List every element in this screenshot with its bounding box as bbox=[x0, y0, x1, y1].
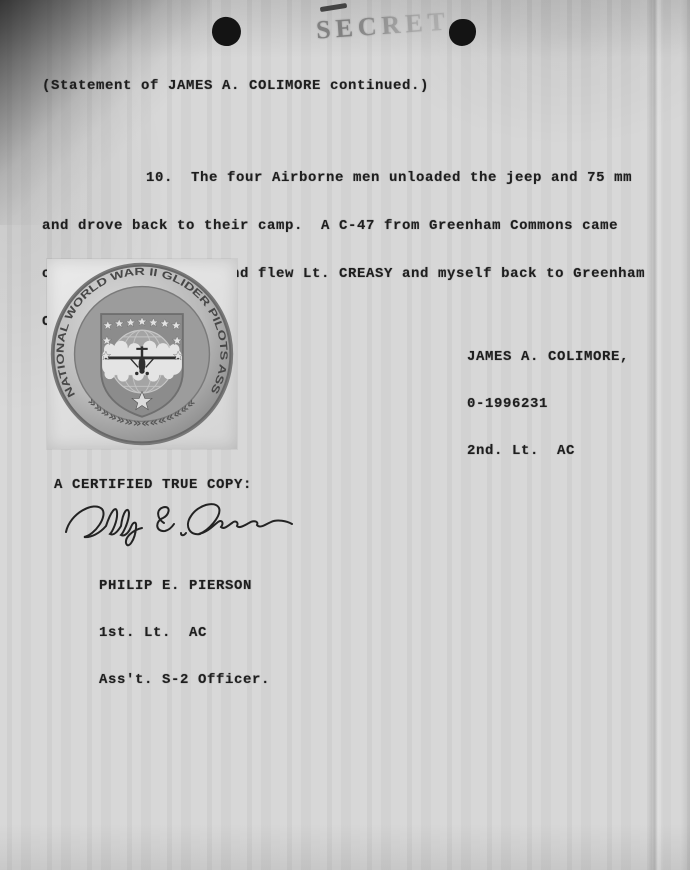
paper-crease bbox=[648, 0, 664, 870]
signer-rank: 2nd. Lt. AC bbox=[467, 444, 629, 460]
statement-header: (Statement of JAMES A. COLIMORE continue… bbox=[42, 78, 429, 94]
paragraph-line: and drove back to their camp. A C-47 fro… bbox=[42, 218, 657, 234]
ink-mark bbox=[320, 3, 347, 12]
certifier-title: Ass't. S-2 Officer. bbox=[99, 673, 270, 689]
classification-stamp: SECRET bbox=[315, 6, 451, 45]
glider-association-seal-icon: NATIONAL WORLD WAR II GLIDER PILOTS ASSO… bbox=[47, 259, 237, 449]
certified-copy-label: A CERTIFIED TRUE COPY: bbox=[54, 477, 252, 493]
signer-name-block: JAMES A. COLIMORE, 0-1996231 2nd. Lt. AC bbox=[467, 319, 629, 491]
paragraph-line: 10. The four Airborne men unloaded the j… bbox=[42, 170, 657, 186]
hole-punch-right bbox=[449, 19, 476, 46]
glider-pilots-seal-photo: NATIONAL WORLD WAR II GLIDER PILOTS ASSO… bbox=[47, 259, 237, 449]
certifier-block: PHILIP E. PIERSON 1st. Lt. AC Ass't. S-2… bbox=[99, 548, 270, 720]
scanned-document-page: SECRET (Statement of JAMES A. COLIMORE c… bbox=[0, 0, 690, 870]
hole-punch-left bbox=[210, 15, 243, 48]
certifier-rank: 1st. Lt. AC bbox=[99, 626, 270, 642]
handwritten-signature: Philip E. Pierson bbox=[60, 496, 298, 556]
certifier-typed-name: PHILIP E. PIERSON bbox=[99, 579, 270, 595]
signer-name: JAMES A. COLIMORE, bbox=[467, 350, 629, 366]
signer-serial-number: 0-1996231 bbox=[467, 397, 629, 413]
paper-edge-shading bbox=[680, 0, 690, 870]
